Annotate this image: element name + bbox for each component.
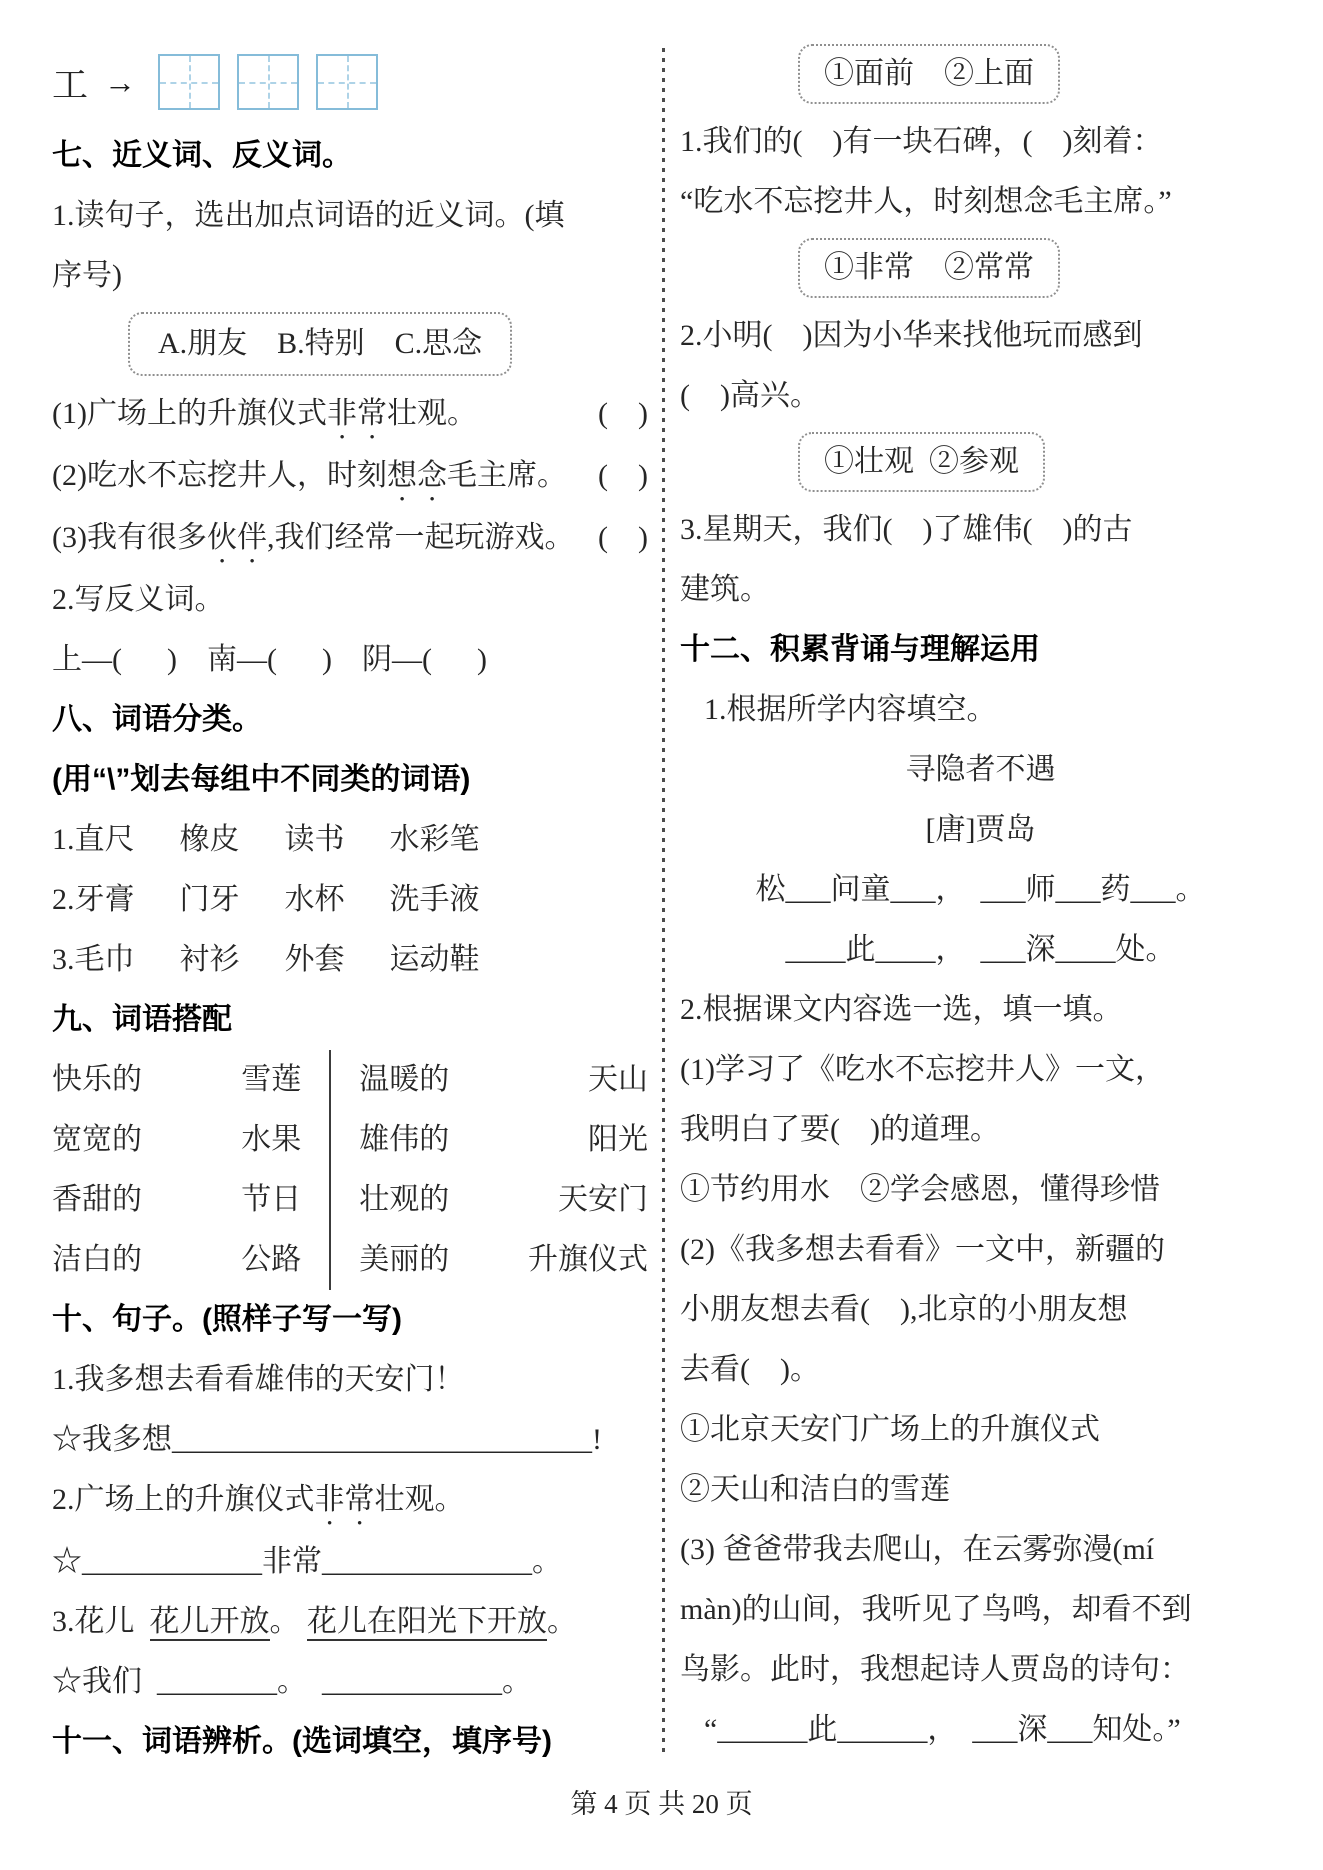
word-class-row-1: 1.直尺 橡皮 读书 水彩笔 bbox=[52, 810, 648, 870]
section-12-title: 十二、积累背诵与理解运用 bbox=[680, 620, 1281, 680]
sentence-text: (3)我有很多伙伴,我们经常一起玩游戏。 bbox=[52, 508, 574, 570]
match-right-half: 温暖的天山 雄伟的阳光 壮观的天安门 美丽的升旗仪式 bbox=[331, 1050, 648, 1290]
two-column-layout: 工 → 七、近义词、反义词。 1.读句子，选出加点词语的近义词。(填 序号) A… bbox=[0, 0, 1323, 1772]
stroke-practice-row: 工 → bbox=[52, 38, 648, 126]
section-9-title: 九、词语搭配 bbox=[52, 990, 648, 1050]
match-adjective: 美丽的 bbox=[359, 1230, 449, 1290]
section-7-title: 七、近义词、反义词。 bbox=[52, 126, 648, 186]
sentence-text: (2)吃水不忘挖井人，时刻想念毛主席。 bbox=[52, 446, 567, 508]
word-class-row-3: 3.毛巾 衬衫 外套 运动鞋 bbox=[52, 930, 648, 990]
choose-q2-line1: (2)《我多想去看看》一文中，新疆的 bbox=[680, 1220, 1281, 1280]
match-row: 温暖的天山 bbox=[359, 1050, 648, 1110]
antonym-subtitle: 2.写反义词。 bbox=[52, 570, 648, 630]
section-8-subtitle: (用“\”划去每组中不同类的词语) bbox=[52, 750, 648, 810]
poem-line-1: 松___问童___， ___师___药___。 bbox=[680, 860, 1281, 920]
choose-q2-line2: 小朋友想去看( ),北京的小朋友想 bbox=[680, 1280, 1281, 1340]
match-left-half: 快乐的雪莲 宽宽的水果 香甜的节日 洁白的公路 bbox=[52, 1050, 331, 1290]
poem-title: 寻隐者不遇 bbox=[680, 740, 1281, 800]
choose-q2-option-2: ②天山和洁白的雪莲 bbox=[680, 1460, 1281, 1520]
synonym-options-box: A.朋友 B.特别 C.思念 bbox=[128, 312, 512, 376]
match-noun: 水果 bbox=[241, 1110, 301, 1170]
match-adjective: 温暖的 bbox=[359, 1050, 449, 1110]
match-adjective: 壮观的 bbox=[359, 1170, 449, 1230]
match-noun: 天山 bbox=[588, 1050, 648, 1110]
sentence-text: (1)广场上的升旗仪式非常壮观。 bbox=[52, 384, 477, 446]
fill-question-2-line1: 2.小明( )因为小华来找他玩而感到 bbox=[680, 306, 1281, 366]
choose-q2-option-1: ①北京天安门广场上的升旗仪式 bbox=[680, 1400, 1281, 1460]
sentence-middle: 。 bbox=[270, 1605, 308, 1638]
sentence-prefix: (3)我有很多 bbox=[52, 521, 207, 554]
sentence-suffix: ,我们经常一起玩游戏。 bbox=[267, 521, 575, 554]
sentence-prefix: (2)吃水不忘挖井人，时刻 bbox=[52, 459, 387, 492]
emphasized-word: 非常 bbox=[327, 397, 387, 430]
column-divider bbox=[662, 48, 665, 1754]
match-noun: 天安门 bbox=[558, 1170, 648, 1230]
match-adjective: 雄伟的 bbox=[359, 1110, 449, 1170]
emphasized-word: 伙伴 bbox=[207, 521, 267, 554]
page-footer: 第 4 页 共 20 页 bbox=[0, 1782, 1323, 1821]
match-adjective: 洁白的 bbox=[52, 1230, 142, 1290]
underlined-example: 花儿开放 bbox=[150, 1605, 270, 1641]
word-class-row-2: 2.牙膏 门牙 水杯 洗手液 bbox=[52, 870, 648, 930]
sentence-item-1: (1)广场上的升旗仪式非常壮观。 ( ) bbox=[52, 384, 648, 446]
answer-blank-line-3: ☆我们 ________。 ____________。 bbox=[52, 1652, 648, 1712]
section-8-title: 八、词语分类。 bbox=[52, 690, 648, 750]
match-adjective: 快乐的 bbox=[52, 1050, 142, 1110]
section-11-title: 十一、词语辨析。(选词填空，填序号) bbox=[52, 1712, 648, 1772]
option-box-adverb: ①非常 ②常常 bbox=[798, 238, 1060, 298]
fill-question-2-line2: ( )高兴。 bbox=[680, 366, 1281, 426]
writing-grid-box bbox=[158, 54, 220, 110]
match-row: 香甜的节日 bbox=[52, 1170, 301, 1230]
emphasized-word: 想念 bbox=[387, 459, 447, 492]
section-7-instruction-line2: 序号) bbox=[52, 246, 648, 306]
match-row: 美丽的升旗仪式 bbox=[359, 1230, 648, 1290]
match-row: 洁白的公路 bbox=[52, 1230, 301, 1290]
answer-blank-line-1: ☆我多想____________________________! bbox=[52, 1410, 648, 1470]
example-sentence-3: 3.花儿 花儿开放。 花儿在阳光下开放。 bbox=[52, 1592, 648, 1652]
example-sentence-2: 2.广场上的升旗仪式非常壮观。 bbox=[52, 1470, 648, 1532]
section-7-instruction-line1: 1.读句子，选出加点词语的近义词。(填 bbox=[52, 186, 648, 246]
emphasized-word: 非常 bbox=[315, 1483, 375, 1516]
section-10-title: 十、句子。(照样子写一写) bbox=[52, 1290, 648, 1350]
fill-question-1-line2: “吃水不忘挖井人，时刻想念毛主席。” bbox=[680, 172, 1281, 232]
choose-q1-line1: (1)学习了《吃水不忘挖井人》一文， bbox=[680, 1040, 1281, 1100]
match-row: 快乐的雪莲 bbox=[52, 1050, 301, 1110]
sentence-prefix: (1)广场上的升旗仪式 bbox=[52, 397, 327, 430]
choose-q3-line2: màn)的山间，我听见了鸟鸣，却看不到 bbox=[680, 1580, 1281, 1640]
option-box-location: ①面前 ②上面 bbox=[798, 44, 1060, 104]
choose-q2-line3: 去看( )。 bbox=[680, 1340, 1281, 1400]
arrow-right-icon: → bbox=[104, 64, 136, 101]
sentence-suffix: 壮观。 bbox=[375, 1483, 465, 1516]
choose-fill-subtitle: 2.根据课文内容选一选，填一填。 bbox=[680, 980, 1281, 1040]
match-noun: 阳光 bbox=[588, 1110, 648, 1170]
sentence-suffix: 毛主席。 bbox=[447, 459, 567, 492]
poem-author: [唐]贾岛 bbox=[680, 800, 1281, 860]
antonym-blanks: 上—( ) 南—( ) 阴—( ) bbox=[52, 630, 648, 690]
match-row: 宽宽的水果 bbox=[52, 1110, 301, 1170]
answer-parentheses: ( ) bbox=[598, 508, 648, 570]
fill-question-3-line2: 建筑。 bbox=[680, 560, 1281, 620]
answer-parentheses: ( ) bbox=[598, 384, 648, 446]
fill-question-1-line1: 1.我们的( )有一块石碑，( )刻着： bbox=[680, 112, 1281, 172]
left-column: 工 → 七、近义词、反义词。 1.读句子，选出加点词语的近义词。(填 序号) A… bbox=[52, 38, 648, 1772]
underlined-example: 花儿在阳光下开放 bbox=[307, 1605, 547, 1641]
writing-grid-box bbox=[237, 54, 299, 110]
sentence-item-3: (3)我有很多伙伴,我们经常一起玩游戏。 ( ) bbox=[52, 508, 648, 570]
poem-line-2: ____此____， ___深____处。 bbox=[680, 920, 1281, 980]
sentence-prefix: 2.广场上的升旗仪式 bbox=[52, 1483, 315, 1516]
sentence-suffix: 。 bbox=[547, 1605, 577, 1638]
sentence-item-2: (2)吃水不忘挖井人，时刻想念毛主席。 ( ) bbox=[52, 446, 648, 508]
choose-q1-options: ①节约用水 ②学会感恩，懂得珍惜 bbox=[680, 1160, 1281, 1220]
match-adjective: 宽宽的 bbox=[52, 1110, 142, 1170]
worksheet-page: 工 → 七、近义词、反义词。 1.读句子，选出加点词语的近义词。(填 序号) A… bbox=[0, 0, 1323, 1870]
sentence-prefix: 3.花儿 bbox=[52, 1605, 150, 1638]
right-column: ①面前 ②上面 1.我们的( )有一块石碑，( )刻着： “吃水不忘挖井人，时刻… bbox=[680, 38, 1281, 1760]
option-box-view: ①壮观 ②参观 bbox=[798, 432, 1045, 492]
answer-parentheses: ( ) bbox=[598, 446, 648, 508]
choose-q1-line2: 我明白了要( )的道理。 bbox=[680, 1100, 1281, 1160]
writing-grid-box bbox=[316, 54, 378, 110]
match-noun: 升旗仪式 bbox=[528, 1230, 648, 1290]
match-noun: 节日 bbox=[241, 1170, 301, 1230]
match-noun: 公路 bbox=[241, 1230, 301, 1290]
fill-question-3-line1: 3.星期天，我们( )了雄伟( )的古 bbox=[680, 500, 1281, 560]
stroke-character: 工 bbox=[52, 57, 88, 108]
match-row: 雄伟的阳光 bbox=[359, 1110, 648, 1170]
choose-q3-line3: 鸟影。此时，我想起诗人贾岛的诗句： bbox=[680, 1640, 1281, 1700]
choose-q3-line1: (3) 爸爸带我去爬山，在云雾弥漫(mí bbox=[680, 1520, 1281, 1580]
word-match-table: 快乐的雪莲 宽宽的水果 香甜的节日 洁白的公路 温暖的天山 雄伟的阳光 壮观的天… bbox=[52, 1050, 648, 1290]
match-adjective: 香甜的 bbox=[52, 1170, 142, 1230]
sentence-suffix: 壮观。 bbox=[387, 397, 477, 430]
match-row: 壮观的天安门 bbox=[359, 1170, 648, 1230]
answer-blank-line-2: ☆____________非常______________。 bbox=[52, 1532, 648, 1592]
recite-fill-subtitle: 1.根据所学内容填空。 bbox=[680, 680, 1281, 740]
example-sentence-1: 1.我多想去看看雄伟的天安门！ bbox=[52, 1350, 648, 1410]
choose-q3-quote-line: “______此______， ___深___知处。” bbox=[680, 1700, 1281, 1760]
match-noun: 雪莲 bbox=[241, 1050, 301, 1110]
